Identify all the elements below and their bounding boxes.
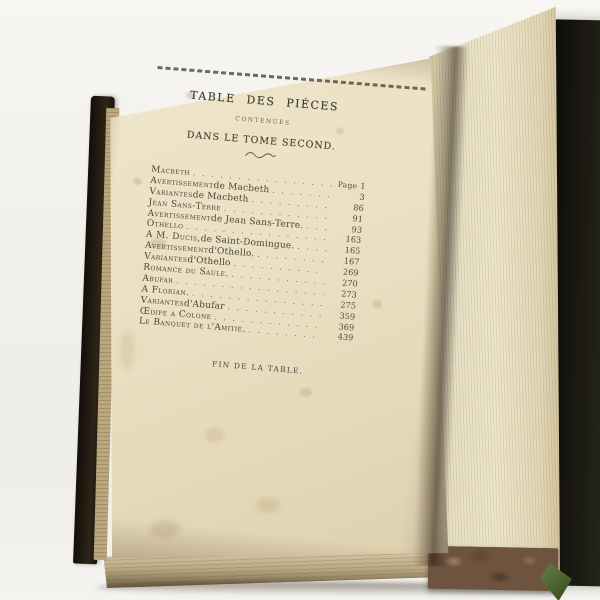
squiggle-ornament-icon <box>244 150 277 161</box>
toc-entry-page-number: 439 <box>323 331 354 343</box>
toc-list: Macbeth. . . . . . . . . . . . . . . . .… <box>139 164 366 344</box>
page-column-label: Page <box>337 180 357 191</box>
dot-leader: . . . . . . . . . . . . . . . . . . . . … <box>306 221 329 232</box>
photo-of-open-book: TABLE DES PIÉCES CONTENUES DANS LE TOME … <box>0 0 600 600</box>
printed-text-block: TABLE DES PIÉCES CONTENUES DANS LE TOME … <box>134 60 433 385</box>
